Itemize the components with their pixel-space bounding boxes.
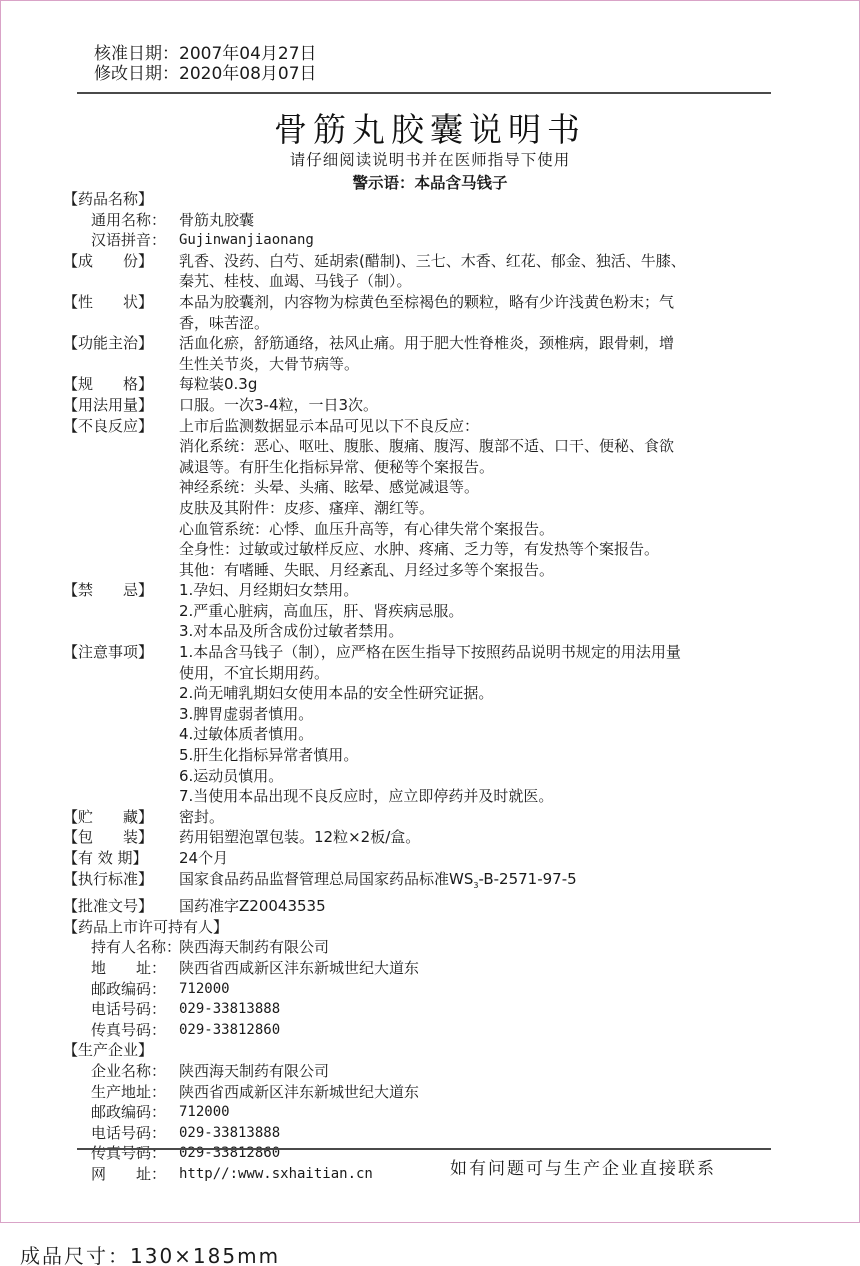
section-dosage: 【用法用量】 口服。一次3-4粒，一日3次。: [63, 395, 783, 416]
section-adverse-reactions: 【不良反应】 上市后监测数据显示本品可见以下不良反应： 消化系统：恶心、呕吐、腹…: [63, 416, 783, 581]
field-key: 邮政编码：: [91, 1102, 179, 1123]
approval-date: 核准日期：2007年04月27日: [94, 44, 317, 64]
precaution-line: 3.脾胃虚弱者慎用。: [179, 704, 783, 725]
adverse-line: 全身性：过敏或过敏样反应、水肿、疼痛、乏力等，有发热等个案报告。: [179, 539, 783, 560]
manufacturer-field: 电话号码： 029-33813888: [63, 1123, 783, 1144]
field-key: 企业名称：: [91, 1061, 179, 1082]
section-label: 【用法用量】: [63, 395, 179, 416]
section-label: 【禁 忌】: [63, 580, 179, 642]
precaution-line: 5.肝生化指标异常者慎用。: [179, 745, 783, 766]
section-indications: 【功能主治】 活血化瘀，舒筋通络，祛风止痛。用于肥大性脊椎炎，颈椎病，跟骨刺，增…: [63, 333, 783, 374]
field-key: 地 址：: [91, 958, 179, 979]
mah-field: 电话号码： 029-33813888: [63, 999, 783, 1020]
field-value: 陕西海天制药有限公司: [179, 1061, 329, 1082]
section-standard: 【执行标准】 国家食品药品监督管理总局国家药品标准WS3-B-2571-97-5: [63, 869, 783, 897]
storage-value: 密封。: [179, 807, 783, 828]
manufacturer-field: 企业名称： 陕西海天制药有限公司: [63, 1061, 783, 1082]
adverse-line: 其他：有嗜睡、失眠、月经紊乱、月经过多等个案报告。: [179, 560, 783, 581]
approval-number-value: 国药准字Z20043535: [179, 896, 783, 917]
section-label: 【药品上市许可持有人】: [63, 917, 228, 938]
specification-value: 每粒装0.3g: [179, 374, 783, 395]
field-value: 陕西省西咸新区沣东新城世纪大道东: [179, 958, 419, 979]
section-properties: 【性 状】 本品为胶囊剂，内容物为棕黄色至棕褐色的颗粒，略有少许浅黄色粉末；气 …: [63, 292, 783, 333]
date-block: 核准日期：2007年04月27日 修改日期：2020年08月07日: [94, 44, 317, 84]
section-drug-name: 【药品名称】: [63, 189, 783, 210]
generic-name: 骨筋丸胶囊: [179, 210, 254, 231]
section-storage: 【贮 藏】 密封。: [63, 807, 783, 828]
precaution-line: 6.运动员慎用。: [179, 766, 783, 787]
section-label: 【功能主治】: [63, 333, 179, 374]
field-key: 网 址：: [91, 1164, 179, 1185]
standard-value: 国家食品药品监督管理总局国家药品标准WS3-B-2571-97-5: [179, 869, 783, 897]
finished-size-label: 成品尺寸：130×185mm: [20, 1240, 280, 1266]
field-value: 陕西海天制药有限公司: [179, 937, 329, 958]
section-label: 【不良反应】: [63, 416, 179, 581]
section-label: 【成 份】: [63, 251, 179, 292]
section-label: 【生产企业】: [63, 1040, 179, 1061]
section-label: 【有 效 期】: [63, 848, 179, 869]
ingredients-line: 秦艽、桂枝、血竭、马钱子（制）。: [179, 271, 783, 292]
precaution-line: 4.过敏体质者慎用。: [179, 724, 783, 745]
adverse-line: 上市后监测数据显示本品可见以下不良反应：: [179, 416, 783, 437]
website-value: http//:www.sxhaitian.cn: [179, 1164, 373, 1185]
field-key: 传真号码：: [91, 1020, 179, 1041]
section-validity: 【有 效 期】 24个月: [63, 848, 783, 869]
manufacturer-field: 邮政编码： 712000: [63, 1102, 783, 1123]
section-ingredients: 【成 份】 乳香、没药、白芍、延胡索(醋制)、三七、木香、红花、郁金、独活、牛膝…: [63, 251, 783, 292]
precaution-line: 使用，不宜长期用药。: [179, 663, 783, 684]
field-key: 邮政编码：: [91, 979, 179, 1000]
contraindication-line: 3.对本品及所含成份过敏者禁用。: [179, 621, 783, 642]
manufacturer-field: 生产地址： 陕西省西咸新区沣东新城世纪大道东: [63, 1082, 783, 1103]
field-value: 712000: [179, 1102, 230, 1123]
field-key: 电话号码：: [91, 999, 179, 1020]
section-label: 【规 格】: [63, 374, 179, 395]
field-key: 电话号码：: [91, 1123, 179, 1144]
validity-value: 24个月: [179, 848, 783, 869]
section-label: 【批准文号】: [63, 896, 179, 917]
mah-field: 地 址： 陕西省西咸新区沣东新城世纪大道东: [63, 958, 783, 979]
field-value: 029-33812860: [179, 1020, 280, 1041]
precaution-line: 1.本品含马钱子（制），应严格在医生指导下按照药品说明书规定的用法用量: [179, 642, 783, 663]
section-package: 【包 装】 药用铝塑泡罩包装。12粒×2板/盒。: [63, 827, 783, 848]
adverse-line: 心血管系统：心悸、血压升高等，有心律失常个案报告。: [179, 519, 783, 540]
section-contraindications: 【禁 忌】 1.孕妇、月经期妇女禁用。 2.严重心脏病，高血压，肝、肾疾病忌服。…: [63, 580, 783, 642]
section-precautions: 【注意事项】 1.本品含马钱子（制），应严格在医生指导下按照药品说明书规定的用法…: [63, 642, 783, 807]
dosage-value: 口服。一次3-4粒，一日3次。: [179, 395, 783, 416]
field-key: 持有人名称：: [91, 937, 179, 958]
mah-field: 邮政编码： 712000: [63, 979, 783, 1000]
field-value: 029-33813888: [179, 1123, 280, 1144]
pinyin-name: Gujinwanjiaonang: [179, 230, 314, 251]
field-value: 陕西省西咸新区沣东新城世纪大道东: [179, 1082, 419, 1103]
mah-field: 传真号码： 029-33812860: [63, 1020, 783, 1041]
section-label: 【性 状】: [63, 292, 179, 333]
contraindication-line: 1.孕妇、月经期妇女禁用。: [179, 580, 783, 601]
indications-line: 活血化瘀，舒筋通络，祛风止痛。用于肥大性脊椎炎，颈椎病，跟骨刺，增: [179, 333, 783, 354]
properties-line: 本品为胶囊剂，内容物为棕黄色至棕褐色的颗粒，略有少许浅黄色粉末；气: [179, 292, 783, 313]
standard-prefix: 国家食品药品监督管理总局国家药品标准WS: [179, 870, 473, 888]
generic-name-row: 通用名称： 骨筋丸胶囊: [63, 210, 783, 231]
top-rule: [77, 92, 771, 94]
field-value: 029-33813888: [179, 999, 280, 1020]
ingredients-line: 乳香、没药、白芍、延胡索(醋制)、三七、木香、红花、郁金、独活、牛膝、: [179, 251, 783, 272]
adverse-line: 减退等。有肝生化指标异常、便秘等个案报告。: [179, 457, 783, 478]
revision-date: 修改日期：2020年08月07日: [94, 64, 317, 84]
package-value: 药用铝塑泡罩包装。12粒×2板/盒。: [179, 827, 783, 848]
adverse-line: 神经系统：头晕、头痛、眩晕、感觉减退等。: [179, 477, 783, 498]
section-manufacturer: 【生产企业】: [63, 1040, 783, 1061]
indications-line: 生性关节炎，大骨节病等。: [179, 354, 783, 375]
section-specification: 【规 格】 每粒装0.3g: [63, 374, 783, 395]
adverse-line: 消化系统：恶心、呕吐、腹胀、腹痛、腹泻、腹部不适、口干、便秘、食欲: [179, 436, 783, 457]
field-key: 汉语拼音：: [91, 230, 179, 251]
leaflet-body: 【药品名称】 通用名称： 骨筋丸胶囊 汉语拼音： Gujinwanjiaonan…: [63, 189, 783, 1185]
bottom-rule: [77, 1148, 771, 1150]
document-subtitle: 请仔细阅读说明书并在医师指导下使用: [0, 150, 860, 170]
standard-suffix: -B-2571-97-5: [478, 870, 576, 888]
mah-field: 持有人名称： 陕西海天制药有限公司: [63, 937, 783, 958]
field-value: 029-33812860: [179, 1143, 280, 1164]
section-approval-number: 【批准文号】 国药准字Z20043535: [63, 896, 783, 917]
section-label: 【贮 藏】: [63, 807, 179, 828]
section-label: 【注意事项】: [63, 642, 179, 807]
adverse-line: 皮肤及其附件：皮疹、瘙痒、潮红等。: [179, 498, 783, 519]
field-key: 生产地址：: [91, 1082, 179, 1103]
section-mah: 【药品上市许可持有人】: [63, 917, 783, 938]
pinyin-row: 汉语拼音： Gujinwanjiaonang: [63, 230, 783, 251]
field-key: 通用名称：: [91, 210, 179, 231]
field-value: 712000: [179, 979, 230, 1000]
field-key: 传真号码：: [91, 1143, 179, 1164]
precaution-line: 2.尚无哺乳期妇女使用本品的安全性研究证据。: [179, 683, 783, 704]
precaution-line: 7.当使用本品出现不良反应时，应立即停药并及时就医。: [179, 786, 783, 807]
contraindication-line: 2.严重心脏病，高血压，肝、肾疾病忌服。: [179, 601, 783, 622]
section-label: 【执行标准】: [63, 869, 179, 897]
section-label: 【包 装】: [63, 827, 179, 848]
document-title: 骨筋丸胶囊说明书: [0, 110, 860, 150]
contact-note: 如有问题可与生产企业直接联系: [450, 1154, 716, 1179]
section-label: 【药品名称】: [63, 189, 179, 210]
properties-line: 香，味苦涩。: [179, 313, 783, 334]
